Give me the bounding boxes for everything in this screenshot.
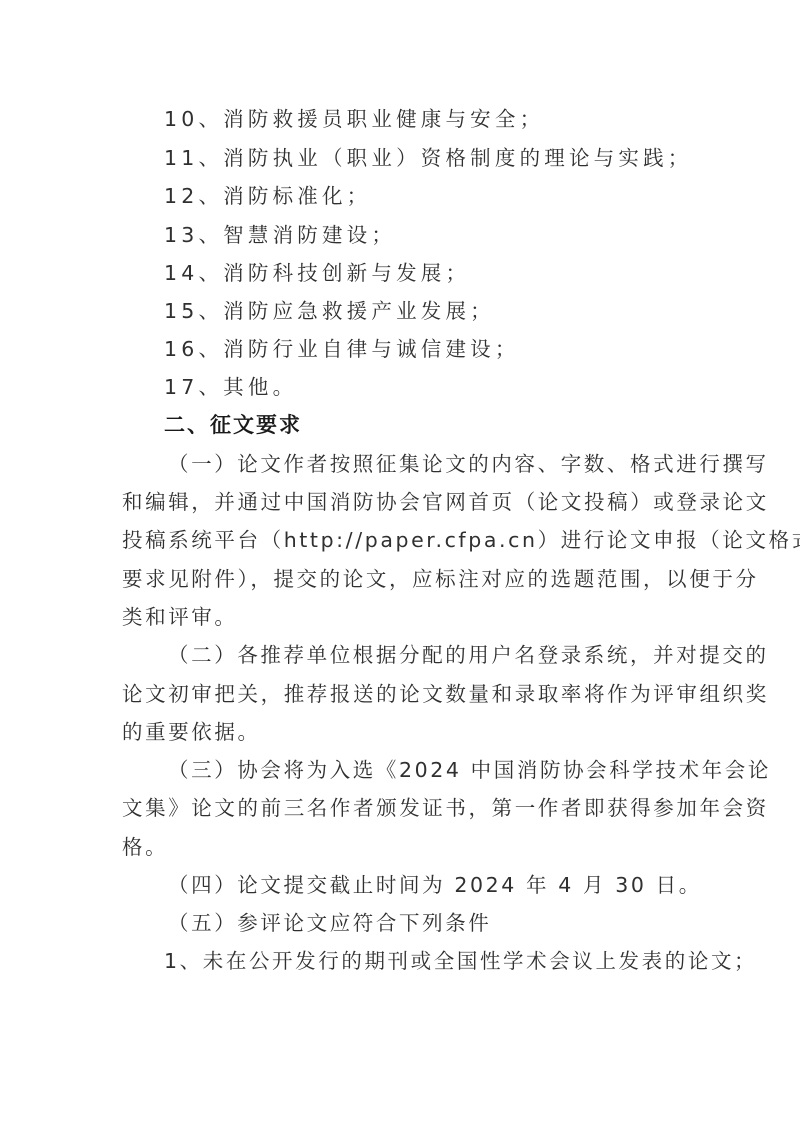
topic-item-10: 10、消防救援员职业健康与安全；: [164, 106, 544, 132]
topic-item-11: 11、消防执业（职业）资格制度的理论与实践；: [164, 145, 692, 171]
document-page: 10、消防救援员职业健康与安全； 11、消防执业（职业）资格制度的理论与实践； …: [0, 0, 800, 1131]
requirement-5-line-1: （五）参评论文应符合下列条件: [168, 910, 491, 936]
topic-item-16: 16、消防行业自律与诚信建设；: [164, 336, 520, 362]
condition-item-1: 1、未在公开发行的期刊或全国性学术会议上发表的论文；: [164, 948, 757, 974]
topic-item-17: 17、其他。: [164, 374, 297, 400]
topic-item-12: 12、消防标准化；: [164, 183, 371, 209]
topic-item-14: 14、消防科技创新与发展；: [164, 260, 470, 286]
requirement-1-line-4: 要求见附件），提交的论文，应标注对应的选题范围，以便于分: [122, 566, 759, 592]
requirement-2-line-1: （二）各推荐单位根据分配的用户名登录系统，并对提交的: [168, 642, 769, 668]
section-heading: 二、征文要求: [164, 412, 302, 438]
requirement-1-line-3: 投稿系统平台（http://paper.cfpa.cn）进行论文申报（论文格式: [122, 527, 800, 553]
requirement-4-line-1: （四）论文提交截止时间为 2024 年 4 月 30 日。: [168, 872, 702, 898]
requirement-1-line-2: 和编辑，并通过中国消防协会官网首页（论文投稿）或登录论文: [122, 489, 769, 515]
requirement-3-line-1: （三）协会将为入选《2024 中国消防协会科学技术年会论: [168, 757, 771, 783]
requirement-1-line-1: （一）论文作者按照征集论文的内容、字数、格式进行撰写: [168, 451, 769, 477]
requirement-3-line-2: 文集》论文的前三名作者颁发证书，第一作者即获得参加年会资: [122, 795, 769, 821]
requirement-2-line-2: 论文初审把关，推荐报送的论文数量和录取率将作为评审组织奖: [122, 681, 769, 707]
topic-item-15: 15、消防应急救援产业发展；: [164, 298, 495, 324]
requirement-3-line-3: 格。: [122, 834, 168, 860]
topic-item-13: 13、智慧消防建设；: [164, 222, 396, 248]
requirement-1-line-5: 类和评审。: [122, 604, 238, 630]
requirement-2-line-3: 的重要依据。: [122, 719, 261, 745]
